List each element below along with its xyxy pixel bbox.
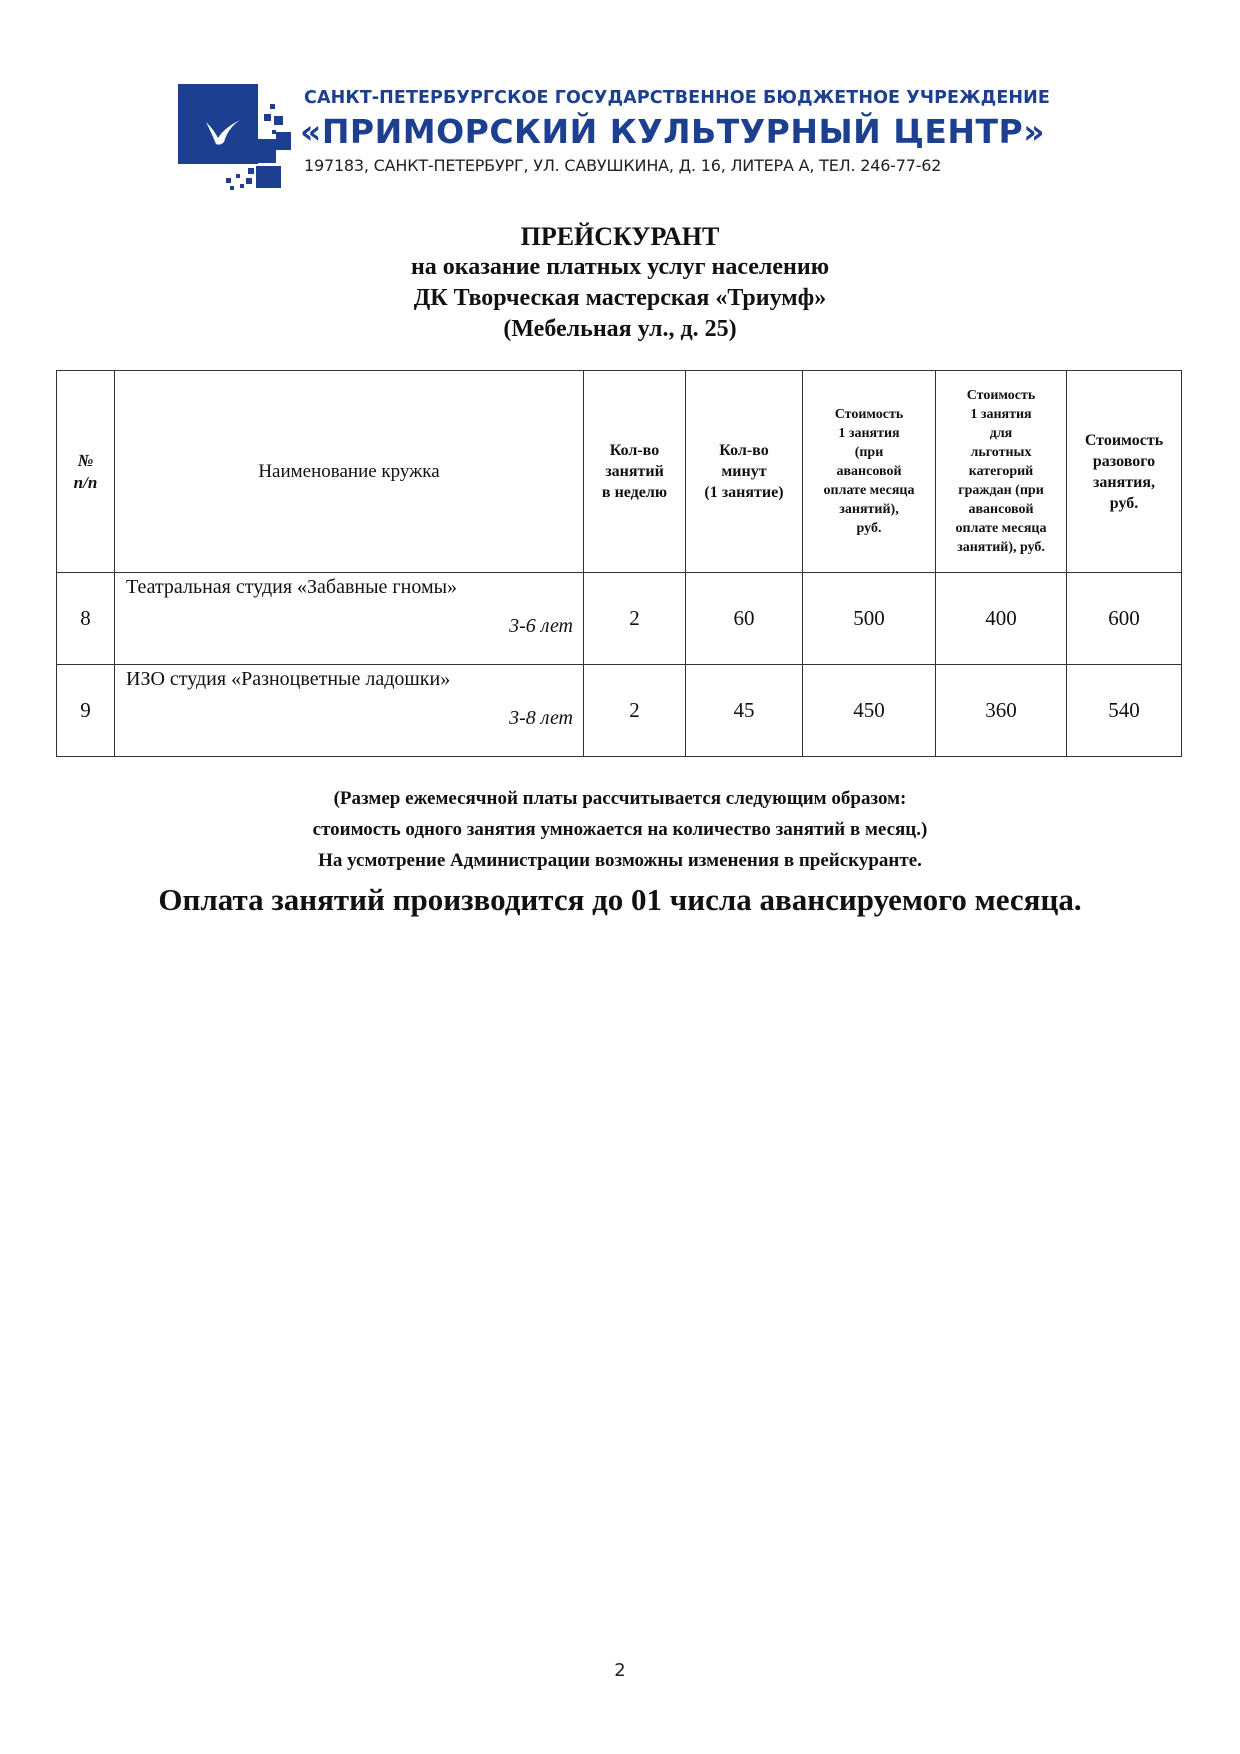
header-price-benefit: Стоимость1 занятиядляльготныхкатегорийгр…	[936, 371, 1067, 573]
header-price-monthly: Стоимость1 занятия(приавансовойоплате ме…	[803, 371, 936, 573]
row-number: 9	[57, 665, 115, 757]
header-lessons-per-week: Кол-возанятийв неделю	[584, 371, 686, 573]
table-header-row: №п/п Наименование кружка Кол-возанятийв …	[57, 371, 1182, 573]
organization-address: 197183, САНКТ-ПЕТЕРБУРГ, УЛ. САВУШКИНА, …	[304, 156, 941, 175]
age-range: 3-6 лет	[509, 615, 573, 638]
circle-name: ИЗО студия «Разноцветные ладошки»	[126, 668, 450, 691]
header-price-single: Стоимостьразовогозанятия,руб.	[1067, 371, 1182, 573]
price-list-table: №п/п Наименование кружка Кол-возанятийв …	[56, 370, 1182, 757]
venue-address: (Мебельная ул., д. 25)	[0, 314, 1240, 345]
organization-name: «ПРИМОРСКИЙ КУЛЬТУРНЫЙ ЦЕНТР»	[300, 112, 1045, 151]
venue-name: ДК Творческая мастерская «Триумф»	[0, 283, 1240, 314]
price-monthly: 500	[803, 573, 936, 665]
notes-block: (Размер ежемесячной платы рассчитывается…	[0, 783, 1240, 920]
document-title-block: ПРЕЙСКУРАНТ на оказание платных услуг на…	[0, 222, 1240, 345]
payment-deadline-note: Оплата занятий производится до 01 числа …	[0, 880, 1240, 920]
lessons-per-week: 2	[584, 665, 686, 757]
seagull-logo-icon	[178, 84, 303, 190]
page-number: 2	[0, 1660, 1240, 1681]
note-changes: На усмотрение Администрации возможны изм…	[0, 845, 1240, 876]
table-row: 8 Театральная студия «Забавные гномы» 3-…	[57, 573, 1182, 665]
price-benefit: 360	[936, 665, 1067, 757]
price-single: 540	[1067, 665, 1182, 757]
header-minutes: Кол-воминут(1 занятие)	[686, 371, 803, 573]
header-number: №п/п	[57, 371, 115, 573]
circle-name-cell: Театральная студия «Забавные гномы» 3-6 …	[115, 573, 584, 665]
minutes-per-lesson: 60	[686, 573, 803, 665]
note-calculation-2: стоимость одного занятия умножается на к…	[0, 814, 1240, 845]
document-title: ПРЕЙСКУРАНТ	[0, 222, 1240, 252]
circle-name: Театральная студия «Забавные гномы»	[126, 576, 457, 599]
table-row: 9 ИЗО студия «Разноцветные ладошки» 3-8 …	[57, 665, 1182, 757]
row-number: 8	[57, 573, 115, 665]
organization-type: САНКТ-ПЕТЕРБУРГСКОЕ ГОСУДАРСТВЕННОЕ БЮДЖ…	[304, 88, 1050, 108]
price-single: 600	[1067, 573, 1182, 665]
minutes-per-lesson: 45	[686, 665, 803, 757]
circle-name-cell: ИЗО студия «Разноцветные ладошки» 3-8 ле…	[115, 665, 584, 757]
age-range: 3-8 лет	[509, 707, 573, 730]
header-circle-name: Наименование кружка	[115, 371, 584, 573]
price-monthly: 450	[803, 665, 936, 757]
letterhead: САНКТ-ПЕТЕРБУРГСКОЕ ГОСУДАРСТВЕННОЕ БЮДЖ…	[178, 84, 1098, 190]
document-subtitle: на оказание платных услуг населению	[0, 252, 1240, 283]
note-calculation-1: (Размер ежемесячной платы рассчитывается…	[0, 783, 1240, 814]
lessons-per-week: 2	[584, 573, 686, 665]
price-benefit: 400	[936, 573, 1067, 665]
